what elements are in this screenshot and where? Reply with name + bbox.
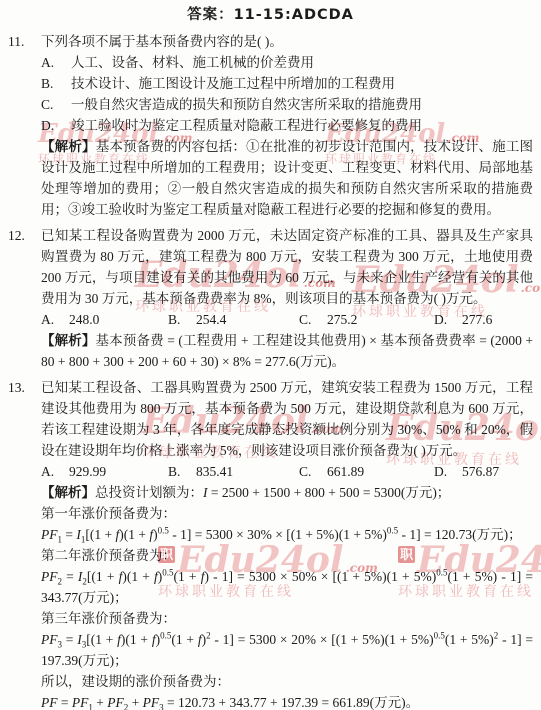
question-12: 12. 已知某工程设备购置费为 2000 万元，未达固定资产标准的工具、器具及生… [8,225,533,372]
option-text: 竣工验收时为鉴定工程质量对隐蔽工程进行必要修复的费用 [71,115,422,136]
option-label: C. [299,461,327,482]
question-13-option-d: D.576.87 [434,461,533,482]
option-label: B. [41,73,71,94]
answer-key-title: 答案：11-15:ADCDA [8,5,533,26]
analysis-text: 基本预备费 = (工程费用 + 工程建设其他费用) × 基本预备费费率 = (2… [41,333,533,369]
question-12-stem: 已知某工程设备购置费为 2000 万元，未达固定资产标准的工具、器具及生产家具购… [41,225,533,309]
question-11-option-c: C. 一般自然灾害造成的损失和预防自然灾害所采取的措施费用 [41,94,533,115]
question-13-year2-label: 第二年涨价预备费为： [41,545,533,566]
analysis-text: 总投资计划额为：I = 2500 + 1500 + 800 + 500 = 53… [95,485,450,500]
question-12-option-b: B.254.4 [168,309,299,330]
question-12-analysis: 【解析】基本预备费 = (工程费用 + 工程建设其他费用) × 基本预备费费率 … [41,330,533,372]
option-text: 576.87 [462,464,499,479]
question-12-option-a: A.248.0 [41,309,168,330]
option-label: D. [434,309,462,330]
option-text: 一般自然灾害造成的损失和预防自然灾害所采取的措施费用 [71,94,422,115]
option-text: 技术设计、施工图设计及施工过程中所增加的工程费用 [71,73,395,94]
question-11-option-b: B. 技术设计、施工图设计及施工过程中所增加的工程费用 [41,73,533,94]
option-text: 835.41 [196,464,233,479]
question-11-option-a: A. 人工、设备、材料、施工机械的价差费用 [41,52,533,73]
option-text: 277.6 [462,312,492,327]
option-text: 661.89 [327,464,364,479]
question-13-stem: 已知某工程设备、工器具购置费为 2500 万元，建筑安装工程费为 1500 万元… [41,377,533,461]
question-13-conclusion-label: 所以，建设期的涨价预备费为： [41,671,533,692]
analysis-label: 【解析】 [41,485,95,500]
option-label: D. [41,115,71,136]
question-13-year2-formula: PF2 = I2[(1 + f)(1 + f)0.5(1 + f) - 1] =… [41,566,533,608]
question-13-number: 13. [8,377,38,398]
analysis-label: 【解析】 [41,139,96,154]
option-label: B. [168,309,196,330]
question-13-year3-label: 第三年涨价预备费为： [41,608,533,629]
question-12-option-d: D.277.6 [434,309,533,330]
option-text: 929.99 [69,464,106,479]
option-label: D. [434,461,462,482]
question-12-option-c: C.275.2 [299,309,434,330]
question-11-option-d: D. 竣工验收时为鉴定工程质量对隐蔽工程进行必要修复的费用 [41,115,533,136]
question-11: 11. 下列各项不属于基本预备费内容的是( )。 A. 人工、设备、材料、施工机… [8,31,533,220]
question-13-year3-formula: PF3 = I3[(1 + f)(1 + f)0.5(1 + f)2 - 1] … [41,629,533,671]
question-13-option-b: B.835.41 [168,461,299,482]
option-text: 248.0 [69,312,99,327]
option-label: A. [41,309,69,330]
question-13: 13. 已知某工程设备、工器具购置费为 2500 万元，建筑安装工程费为 150… [8,377,533,710]
option-label: A. [41,461,69,482]
option-label: A. [41,52,71,73]
option-label: B. [168,461,196,482]
question-13-year1-label: 第一年涨价预备费为： [41,503,533,524]
option-label: C. [41,94,71,115]
analysis-text: 基本预备费的内容包括：①在批准的初步设计范围内，技术设计、施工图设计及施工过程中… [41,139,533,217]
option-label: C. [299,309,327,330]
question-11-number: 11. [8,31,38,52]
document-content: 答案：11-15:ADCDA 11. 下列各项不属于基本预备费内容的是( )。 … [0,0,541,710]
question-13-year1-formula: PF1 = I1[(1 + f)(1 + f)0.5 - 1] = 5300 ×… [41,524,533,545]
question-11-stem: 下列各项不属于基本预备费内容的是( )。 [41,31,533,52]
question-12-number: 12. [8,225,38,246]
question-13-option-c: C.661.89 [299,461,434,482]
document-page: { "page": { "title": "答案：11-15:ADCDA" },… [0,0,541,710]
question-13-options: A.929.99 B.835.41 C.661.89 D.576.87 [41,461,533,482]
question-13-analysis-intro: 【解析】总投资计划额为：I = 2500 + 1500 + 800 + 500 … [41,482,533,503]
option-text: 人工、设备、材料、施工机械的价差费用 [71,52,314,73]
analysis-label: 【解析】 [41,333,96,348]
option-text: 254.4 [196,312,226,327]
question-11-analysis: 【解析】基本预备费的内容包括：①在批准的初步设计范围内，技术设计、施工图设计及施… [41,136,533,220]
question-13-conclusion-formula: PF = PF1 + PF2 + PF3 = 120.73 + 343.77 +… [41,692,533,710]
option-text: 275.2 [327,312,357,327]
question-13-option-a: A.929.99 [41,461,168,482]
question-12-options: A.248.0 B.254.4 C.275.2 D.277.6 [41,309,533,330]
